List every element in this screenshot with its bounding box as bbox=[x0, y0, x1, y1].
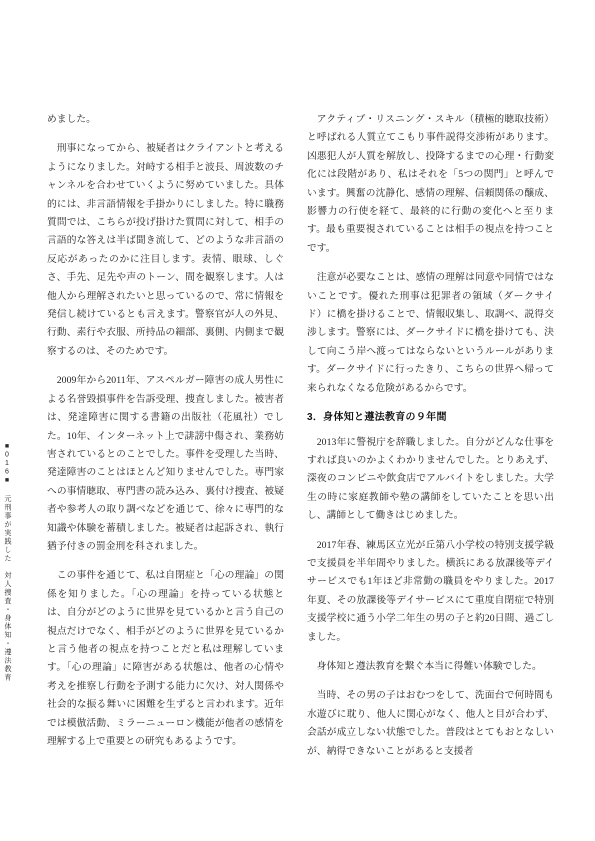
running-title: 元刑事が実践した 対人捜査・身体知・遵法教育 bbox=[2, 495, 12, 682]
paragraph: めました。 bbox=[47, 111, 284, 129]
document-page: ■016■ 元刑事が実践した 対人捜査・身体知・遵法教育 めました。 刑事になっ… bbox=[0, 0, 595, 841]
paragraph: 刑事になってから、被疑者はクライアントと考えるようになりました。対峙する相手と波… bbox=[47, 140, 284, 361]
paragraph: 2013年に警視庁を辞職しました。自分がどんな仕事をすれば良いのかよくわかりませ… bbox=[307, 434, 554, 526]
right-column: アクティブ・リスニング・スキル（積極的聴取技術）と呼ばれる人質立てこもり事件説得… bbox=[307, 111, 554, 772]
paragraph: 2017年春、練馬区立光が丘第八小学校の特別支援学級で支援員を半年間やりました。… bbox=[307, 537, 554, 647]
page-number-marker: ■016■ bbox=[4, 443, 11, 486]
paragraph: アクティブ・リスニング・スキル（積極的聴取技術）と呼ばれる人質立てこもり事件説得… bbox=[307, 111, 554, 258]
paragraph: 2009年から2011年、アスペルガー障害の成人男性による名誉毀損事件を告訴受理… bbox=[47, 372, 284, 556]
paragraph: 当時、その男の子はおむつをして、洗面台で何時間も水遊びに耽り、他人に関心がなく、… bbox=[307, 687, 554, 761]
page-edge-sidebar: ■016■ 元刑事が実践した 対人捜査・身体知・遵法教育 bbox=[2, 443, 12, 682]
paragraph: この事件を通じて、私は自閉症と「心の理論」の関係を知りました。「心の理論」を持っ… bbox=[47, 567, 284, 751]
left-column: めました。 刑事になってから、被疑者はクライアントと考えるようになりました。対峙… bbox=[47, 111, 284, 762]
paragraph: 注意が必要なことは、感情の理解は同意や同情ではないことです。優れた刑事は犯罪者の… bbox=[307, 269, 554, 398]
section-heading: 3．身体知と遵法教育の９年間 bbox=[307, 409, 554, 427]
paragraph: 身体知と遵法教育を繋ぐ本当に得難い体験でした。 bbox=[307, 658, 554, 676]
